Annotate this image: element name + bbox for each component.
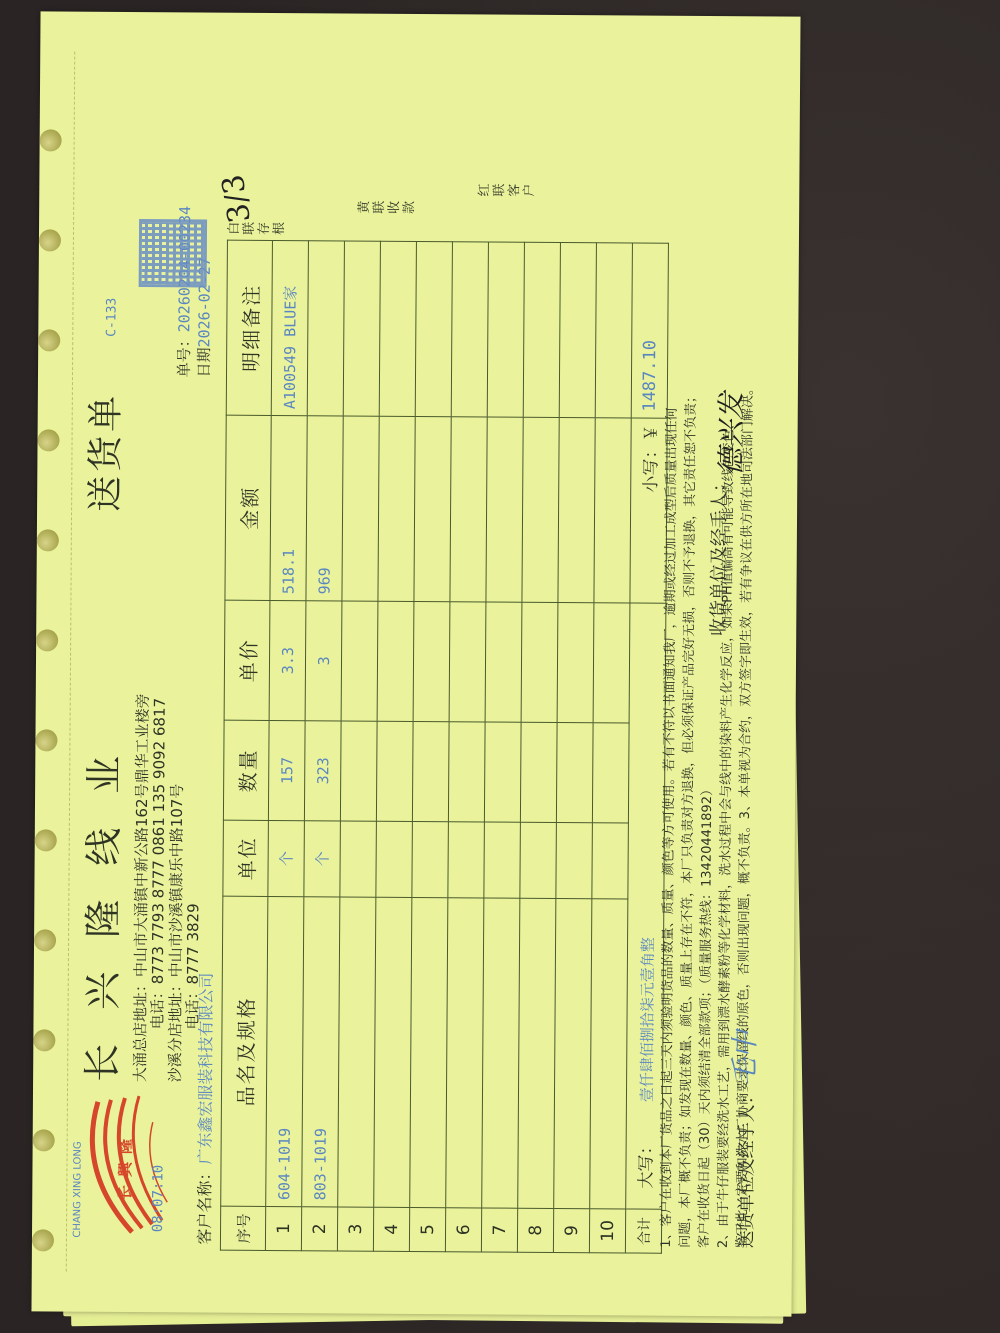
- row-note: [523, 242, 560, 417]
- row-item: [446, 898, 484, 1208]
- row-qty: 157: [268, 720, 305, 820]
- row-no: 3: [337, 1207, 373, 1251]
- row-unit: [412, 821, 449, 897]
- row-unit: 个: [304, 821, 341, 897]
- row-item: 803-1019: [302, 897, 340, 1207]
- row-item: [482, 898, 520, 1208]
- document-type: 送货单: [77, 392, 129, 512]
- copy-label-white: 白联存根: [227, 221, 287, 235]
- row-qty: [484, 722, 521, 822]
- feed-hole: [38, 329, 60, 351]
- row-qty: [340, 721, 377, 821]
- feed-hole: [39, 229, 61, 251]
- date-label: 日期: [195, 347, 213, 377]
- feed-hole: [33, 1029, 55, 1051]
- row-unit: 个: [268, 820, 305, 896]
- row-note: [343, 241, 380, 416]
- feed-hole: [40, 129, 62, 151]
- copy-label-red: 红联客户: [477, 182, 537, 196]
- row-unit: [340, 821, 377, 897]
- row-price: [521, 602, 558, 722]
- feed-hole: [37, 529, 59, 551]
- row-unit: [376, 821, 413, 897]
- row-qty: [556, 722, 593, 822]
- col-header-price: 单价: [224, 600, 270, 720]
- copy-label-yellow: 黄联收款: [357, 200, 417, 214]
- row-qty: [520, 722, 557, 822]
- row-price: [593, 603, 630, 723]
- row-item: 604-1019: [266, 896, 304, 1206]
- row-note: [307, 241, 344, 416]
- receiver-signature: 德兴发: [709, 392, 750, 476]
- sender-signature-label: 送货单位及经手人：: [732, 1086, 759, 1248]
- customer-name: 广东鑫宏服装科技有限公司: [196, 972, 216, 1164]
- feed-hole: [35, 829, 57, 851]
- print-time: 08:07:10: [150, 1165, 166, 1233]
- delivery-note-form: CHANG XING LONG 长興隆 08:07:10 长兴隆线业 送货单 大…: [32, 51, 800, 1276]
- handwritten-copy-fraction: 3/3: [215, 172, 258, 225]
- receiver-signature-label: 收货单位及经手人：: [704, 474, 731, 636]
- col-header-unit: 单位: [223, 820, 269, 896]
- row-price: [449, 602, 486, 722]
- row-amount: [414, 416, 451, 601]
- row-qty: [448, 722, 485, 822]
- customer-label: 客户名称：: [195, 1164, 215, 1244]
- row-price: [341, 601, 378, 721]
- row-no: 9: [553, 1208, 589, 1252]
- feed-hole: [37, 429, 59, 451]
- company-title: 长兴隆线业: [71, 722, 129, 1082]
- row-unit: [556, 822, 593, 898]
- tractor-feed-strip: [24, 51, 73, 1271]
- order-no-label: 单号：: [175, 332, 193, 377]
- row-note: [595, 243, 632, 418]
- row-item: [374, 897, 412, 1207]
- col-header-note: 明细备注: [226, 240, 272, 415]
- col-header-no: 序号: [220, 1206, 265, 1250]
- row-unit: [484, 822, 521, 898]
- row-item: [590, 899, 628, 1209]
- logo-brand-cn: 长興隆: [114, 1131, 135, 1200]
- row-no: 6: [445, 1208, 481, 1252]
- table-header-row: 序号 品名及规格 单位 数量 单价 金额 明细备注: [220, 240, 272, 1250]
- col-header-item: 品名及规格: [221, 896, 268, 1206]
- total-words: 壹仟肆佰捌拾柒元壹角整: [638, 937, 657, 1102]
- row-qty: 323: [304, 721, 341, 821]
- row-amount: [450, 417, 487, 602]
- row-amount: [594, 418, 631, 603]
- feed-hole: [33, 1129, 55, 1151]
- sender-signature: 毛中: [723, 1030, 763, 1086]
- col-header-qty: 数量: [223, 720, 269, 820]
- row-no: 1: [265, 1206, 301, 1250]
- row-price: 3.3: [269, 600, 306, 720]
- row-amount: [558, 417, 595, 602]
- row-amount: 969: [306, 416, 343, 601]
- row-unit: [448, 822, 485, 898]
- row-amount: [342, 416, 379, 601]
- qr-code-icon: [139, 219, 207, 287]
- row-item: [410, 897, 448, 1207]
- row-note: [451, 242, 488, 417]
- row-note: A100549 BLUE家: [271, 240, 308, 415]
- feed-hole: [35, 729, 57, 751]
- row-amount: [486, 417, 523, 602]
- row-amount: 518.1: [270, 415, 307, 600]
- row-amount: [522, 417, 559, 602]
- row-price: [413, 601, 450, 721]
- items-table: 序号 品名及规格 单位 数量 单价 金额 明细备注 1 604-1019 个 1…: [220, 240, 669, 1254]
- delivery-note-sheet: CHANG XING LONG 长興隆 08:07:10 长兴隆线业 送货单 大…: [31, 11, 800, 1316]
- feed-hole: [34, 929, 56, 951]
- row-no: 5: [409, 1207, 445, 1251]
- row-no: 10: [589, 1209, 625, 1253]
- row-price: [377, 601, 414, 721]
- row-no: 2: [301, 1207, 337, 1251]
- row-item: [518, 898, 556, 1208]
- customer-line: 客户名称：广东鑫宏服装科技有限公司: [192, 972, 217, 1244]
- logo-brand-en: CHANG XING LONG: [72, 1141, 84, 1237]
- form-code: C-133: [104, 298, 119, 337]
- col-header-amount: 金额: [225, 415, 271, 600]
- row-note: [487, 242, 524, 417]
- row-price: [557, 602, 594, 722]
- row-qty: [376, 721, 413, 821]
- row-item: [338, 897, 376, 1207]
- row-note: [379, 241, 416, 416]
- row-amount: [378, 416, 415, 601]
- row-price: 3: [305, 601, 342, 721]
- row-no: 8: [517, 1208, 553, 1252]
- row-note: [415, 241, 452, 416]
- feed-hole: [36, 629, 58, 651]
- row-no: 7: [481, 1208, 517, 1252]
- row-unit: [520, 822, 557, 898]
- row-item: [554, 898, 592, 1208]
- row-price: [485, 602, 522, 722]
- row-qty: [592, 723, 629, 823]
- total-words-label: 大写：: [636, 1138, 656, 1189]
- feed-hole: [32, 1229, 54, 1251]
- row-qty: [412, 721, 449, 821]
- row-no: 4: [373, 1207, 409, 1251]
- row-unit: [592, 823, 629, 899]
- row-note: [559, 242, 596, 417]
